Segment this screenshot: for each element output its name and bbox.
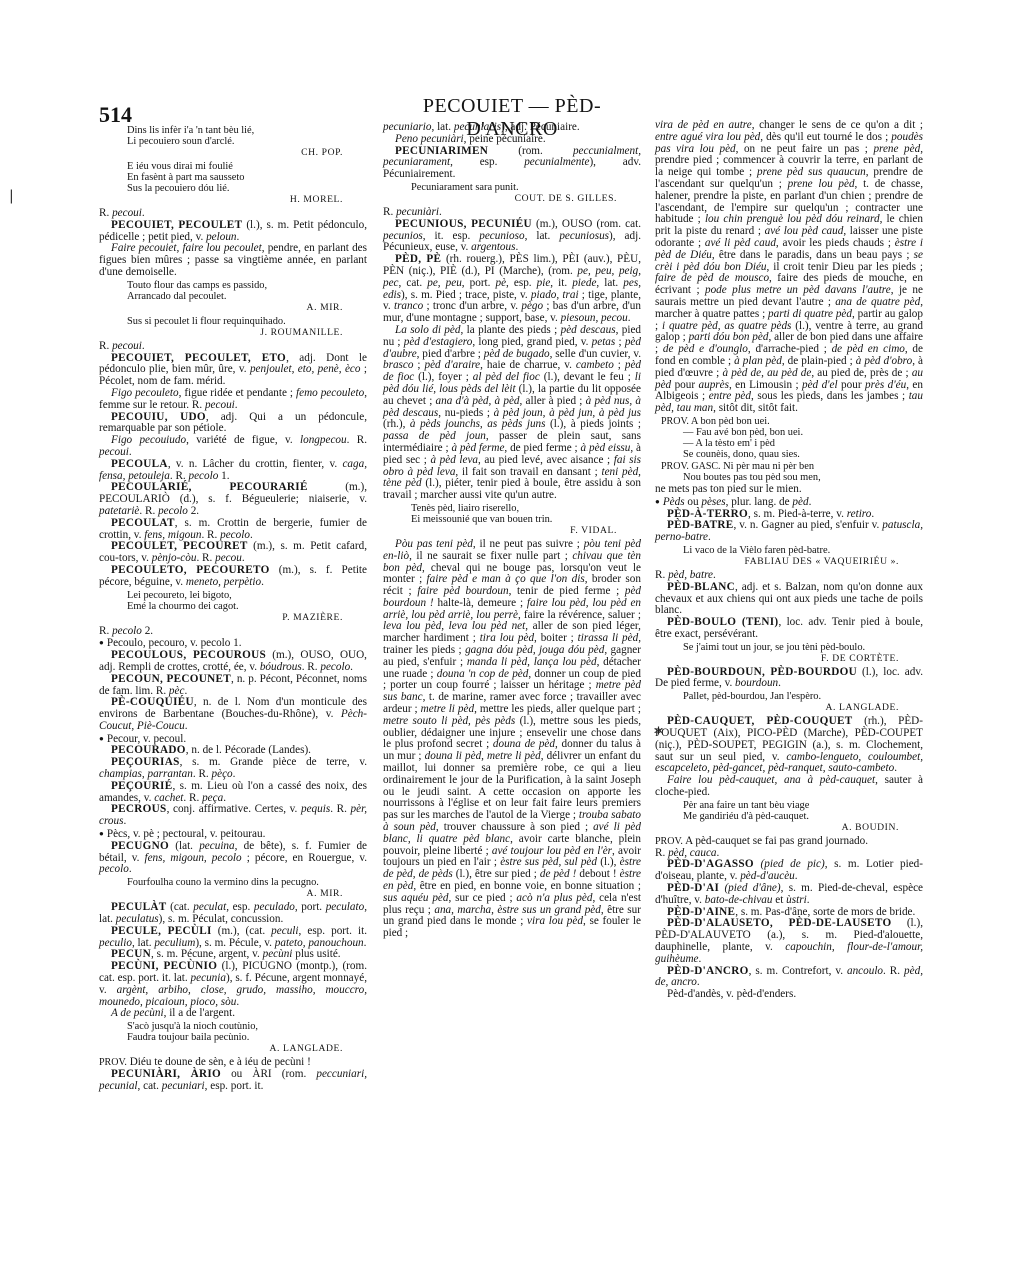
definition-paragraph: La solo di pèd, la plante des pieds ; pè…	[383, 325, 641, 502]
dictionary-entry: PÈD-D'AI (pied d'âne), s. m. Pied-de-che…	[655, 883, 923, 907]
citation-author: H. MOREL.	[127, 194, 343, 205]
italic-term: pecolo	[112, 625, 142, 637]
entry-headword: PECOUIET, PECOULET, ETO	[111, 352, 286, 364]
dictionary-entry: PECULE, PECÙLI (m.), (cat. peculi, esp. …	[99, 926, 367, 950]
entry-headword: PEÇOURIÉ	[111, 780, 172, 792]
italic-term: peculat	[193, 901, 226, 913]
italic-term: peculio	[99, 937, 132, 949]
verse-quotation: Pèr ana faire un tant bèu viageMe gandir…	[655, 800, 923, 833]
dictionary-entry: PECOULETO, PECOURETO (m.), s. f. Petite …	[99, 565, 367, 589]
entry-headword: PEÇOURIAS	[111, 756, 180, 768]
verse-quotation: Touto flour das camps es passido,Arranca…	[99, 280, 367, 313]
entry-headword: PÈD-À-TERRO	[667, 508, 748, 520]
right-column: vira de pèd en autre, changer le sens de…	[655, 120, 923, 1001]
verse-line: PROV. A bon pèd bon uei.	[661, 416, 923, 427]
italic-term: al pèd del fioc	[473, 371, 540, 383]
italic-term: pecuniario	[383, 121, 431, 133]
italic-term: cambo-lengueto, couloumbet, escapceleto,…	[655, 751, 923, 775]
verse-quotation: Lei pecoureto, lei bigoto,Emé la chourmo…	[99, 590, 367, 623]
entry-headword: PECUN	[111, 948, 151, 960]
verse-line: Sus la pecouiero dóu lié.	[127, 183, 367, 194]
verse-quotation: PROV. A bon pèd bon uei.— Fau avé bon pè…	[655, 416, 923, 460]
italic-term: ancoulo	[847, 965, 883, 977]
definition-paragraph: Pèd-d'andès, v. pèd-d'enders.	[655, 989, 923, 1001]
dictionary-entry: PÈD-BATRE, v. n. Gagner au pied, s'enfui…	[655, 520, 923, 544]
italic-term: femo pecouleto	[296, 387, 364, 399]
definition-paragraph: A de pecùni, il a de l'argent.	[99, 1008, 367, 1020]
entry-headword: PÈD-BLANC	[667, 581, 735, 593]
italic-term: de pèd e d'ounglo	[663, 343, 748, 355]
verse-quotation: Tenès pèd, liairo riserello,Ei meissouni…	[383, 503, 641, 536]
italic-term: brasco	[383, 359, 413, 371]
italic-term: à pèd eissu	[581, 442, 631, 454]
verse-line: — A la tèsto em' i pèd	[683, 438, 923, 449]
italic-term: chivau que tèn bon pèd	[383, 550, 641, 574]
dictionary-entry: PECUNIARIMEN (rom. peccunialment, pecuni…	[383, 146, 641, 181]
italic-term: fens, migoun	[144, 529, 201, 541]
italic-term: piado, trai	[531, 289, 579, 301]
proverb-label: PROV. GASC.	[661, 461, 721, 472]
dictionary-entry: PECUNIÀRI, ÀRIO ou ÀRI (rom. peccuniari,…	[99, 1069, 367, 1093]
italic-term: cachet	[154, 792, 183, 804]
citation-author: A. LANGLADE.	[127, 1043, 343, 1054]
citation-author: F. DE CORTÈTE.	[683, 653, 899, 664]
italic-term: peculi	[271, 925, 298, 937]
italic-term: retiro	[847, 508, 872, 520]
dictionary-entry: PECOULA, v. n. Lâcher du crottin, fiente…	[99, 459, 367, 483]
italic-term: pes, edis	[383, 277, 641, 301]
italic-term: pecolo	[189, 470, 219, 482]
entry-headword: PECOULETO, PECOURETO	[111, 564, 270, 576]
italic-term: peça	[202, 792, 223, 804]
italic-term: pecoui	[112, 340, 142, 352]
italic-term: pèd d'el	[802, 379, 838, 391]
definition-paragraph: Pòu pas teni pèd, il ne peut pas suivre …	[383, 539, 641, 940]
italic-term: (pied de pic)	[761, 858, 825, 870]
italic-term: parti di quatre pèd	[768, 308, 852, 320]
italic-term: pecunialmente	[524, 156, 589, 168]
margin-asterisk-mark: *	[654, 724, 663, 745]
definition-paragraph: ne mets pas ton pied sur le mien.	[655, 484, 923, 496]
dictionary-entry: PÈD, PÈ (rh. rouerg.), PÈS lim.), PÈI (a…	[383, 254, 641, 325]
italic-term: pecunios	[383, 230, 423, 242]
italic-term: pecolo	[99, 863, 129, 875]
italic-term: à pèd de, au pèd de	[722, 367, 811, 379]
italic-term: vira lou pèd	[527, 915, 583, 927]
italic-term: metre pèd sus banc	[383, 679, 641, 703]
italic-term: pecolo	[158, 505, 188, 517]
italic-term: pie	[537, 277, 551, 289]
verse-line: PROV. GASC. Ni pèr mau ni pèr ben	[661, 461, 923, 472]
italic-term: bóudrous	[260, 661, 302, 673]
verse-line: Fourfoulha couno la vermino dins la pecu…	[127, 877, 367, 888]
italic-term: manda li pèd, lança lou pèd	[467, 656, 597, 668]
italic-term: fens, migoun, pecolo	[144, 852, 241, 864]
dictionary-entry: PÈD-BOULO (TENI), loc. adv. Tenir pied à…	[655, 617, 923, 641]
italic-term: (pied d'âne)	[724, 882, 780, 894]
entry-headword: PÈD, PÈ	[395, 253, 441, 265]
italic-term: pègo	[521, 300, 543, 312]
definition-paragraph: Faire pecouiet, faire lou pecoulet, pend…	[99, 243, 367, 278]
verse-quotation: Pecuniarament sara punit.COUT. DE S. GIL…	[383, 182, 641, 204]
verse-line: Emé la chourmo dei cagot.	[127, 601, 367, 612]
entry-headword: PÈD-BATRE	[667, 519, 734, 531]
verse-line: E iéu vous dirai mi foulié	[127, 161, 367, 172]
italic-term: pè	[495, 277, 506, 289]
verse-line: Sus si pecoulet li flour requinquihado.	[127, 316, 367, 327]
dictionary-entry: PÈD-CAUQUET, PÈD-COUQUET (rh.), PÈD-POUQ…	[655, 716, 923, 775]
italic-term: Peno pecuniàri	[395, 133, 464, 145]
italic-term: tranco	[394, 300, 423, 312]
verse-line: — Fau avé bon pèd, bon uei.	[683, 427, 923, 438]
italic-term: à pèd d'obro	[856, 355, 912, 367]
verse-quotation: Se j'aimi tout un jour, se jou tèni pèd-…	[655, 642, 923, 664]
italic-term: peculato	[326, 901, 365, 913]
italic-term: pèd d'estagiero	[404, 336, 473, 348]
italic-term: peloun	[206, 231, 236, 243]
italic-term: Faire pecouiet, faire lou pecoulet	[111, 242, 262, 254]
verse-line: Tenès pèd, liairo riserello,	[411, 503, 641, 514]
italic-term: tirassa li pèd	[578, 632, 639, 644]
dictionary-entry: PECULÀT (cat. peculat, esp. peculado, po…	[99, 902, 367, 926]
citation-author: A. BOUDIN.	[683, 822, 899, 833]
italic-term: prene pèd sus quaucun	[757, 166, 866, 178]
entry-headword: PECOUN, PECOUNET	[111, 673, 231, 685]
italic-term: ana d'à pèd, à pèd	[436, 395, 520, 407]
italic-term: pe, peu, peig, pec	[383, 265, 641, 289]
italic-term: douna 'n cop de pèd	[437, 668, 529, 680]
dictionary-entry: PECOUIET, PECOULET (l.), s. m. Petit péd…	[99, 220, 367, 244]
italic-term: èstre i pèd de Diéu	[655, 237, 923, 261]
verse-line: Li pecouiero soun d'arclé.	[127, 136, 367, 147]
citation-author: P. MAZIÈRE.	[127, 612, 343, 623]
italic-term: gagna dóu pèd, jouga dóu pèd	[465, 644, 604, 656]
italic-term: pèd-d'aucèu	[740, 870, 795, 882]
italic-term: capouchin, flour-de-l'amour, guihèume	[655, 941, 923, 965]
italic-term: pèc	[169, 685, 185, 697]
dictionary-entry: PÈD-BLANC, adj. et s. Balzan, nom qu'on …	[655, 582, 923, 617]
italic-term: douna de pèd	[493, 738, 555, 750]
italic-term: pecuniaris	[454, 121, 501, 133]
dictionary-entry: PECOUN, PECOUNET, n. p. Pécont, Péconnet…	[99, 674, 367, 698]
italic-term: pènjo-còu	[152, 552, 197, 564]
italic-term: pèd d'araire	[425, 359, 481, 371]
definition-paragraph: vira de pèd en autre, changer le sens de…	[655, 120, 923, 415]
verse-line: Lei pecoureto, lei bigoto,	[127, 590, 367, 601]
italic-term: tau pèd, tau man	[655, 390, 923, 414]
proverb-label: PROV.	[655, 836, 683, 847]
italic-term: avé lou pèd caud	[765, 225, 844, 237]
italic-term: pecuniosus	[559, 230, 609, 242]
entry-headword: PECUNIARIMEN	[395, 145, 488, 157]
bullet-icon	[99, 637, 107, 649]
verse-quotation: Pallet, pèd-bourdou, Jan l'espèro.A. LAN…	[655, 691, 923, 713]
entry-headword: PECOUIET, PECOULET	[111, 219, 242, 231]
verse-quotation: Li vaco de la Vièlo faren pèd-batre.FABL…	[655, 545, 923, 567]
verse-line: En fasènt à part ma sausseto	[127, 172, 367, 183]
italic-term: pecuniàri	[396, 206, 439, 218]
citation-author: FABLIAU DES « VAQUEIRIÉU ».	[683, 556, 899, 567]
italic-term: pèd descaus	[561, 324, 616, 336]
italic-term: faire pèd e man à ço que l'on dis	[427, 573, 585, 585]
italic-term: pequis	[301, 803, 330, 815]
entry-headword: PECÙNI, PECÙNIO	[111, 960, 217, 972]
entry-headword: PECUNIÀRI, ÀRIO	[111, 1068, 221, 1080]
italic-term: metre souto li pèd, pès pèds	[383, 715, 515, 727]
entry-headword: PECOURADO	[111, 744, 186, 756]
italic-term: longpecou	[300, 434, 347, 446]
citation-author: CH. POP.	[127, 147, 343, 158]
verse-quotation: PROV. GASC. Ni pèr mau ni pèr benNou bou…	[655, 461, 923, 483]
entry-headword: PECUNIOUS, PECUNIÉU	[395, 218, 532, 230]
dictionary-entry: PECOULARIÉ, PECOURARIÉ (m.), PECOULARIÒ …	[99, 482, 367, 517]
entry-headword: PECOUIU, UDO	[111, 411, 206, 423]
verse-quotation: Dins lis infèr i'a 'n tant bèu lié,Li pe…	[99, 125, 367, 158]
entry-headword: PECOULA	[111, 458, 168, 470]
verse-line: Pecuniarament sara punit.	[411, 182, 641, 193]
citation-author: COUT. DE S. GILLES.	[411, 193, 617, 204]
verse-line: Li vaco de la Vièlo faren pèd-batre.	[683, 545, 923, 556]
verse-quotation: E iéu vous dirai mi fouliéEn fasènt à pa…	[99, 161, 367, 205]
entry-headword: PECULÀT	[111, 901, 167, 913]
italic-term: à pèd leva	[430, 454, 478, 466]
entry-headword: PÈD-BOULO (TENI)	[667, 616, 778, 628]
verse-line: Pèr ana faire un tant bèu viage	[683, 800, 923, 811]
italic-term: avé li pèd caud	[705, 237, 776, 249]
italic-term: argentous	[471, 241, 515, 253]
italic-term: pecolo	[320, 661, 350, 673]
italic-term: prene pèd	[873, 143, 920, 155]
italic-term: bato-de-chivau	[705, 894, 773, 906]
dictionary-entry: PECOUIET, PECOULET, ETO, adj. Dont le pé…	[99, 353, 367, 388]
italic-term: Pèds	[663, 496, 685, 508]
entry-headword: PECOULET, PECOURET	[111, 540, 248, 552]
definition-paragraph: Figo pecouiudo, variété de figue, v. lon…	[99, 435, 367, 459]
italic-term: à pèd joun, à pèd jun, à pèd jus	[494, 407, 641, 419]
italic-term: douna li pèd, metre li pèd	[425, 750, 541, 762]
italic-term: piede	[572, 277, 596, 289]
italic-term: pèço	[212, 768, 233, 780]
verse-line: Dins lis infèr i'a 'n tant bèu lié,	[127, 125, 367, 136]
dictionary-entry: PECROUS, conj. affirmative. Certes, v. p…	[99, 804, 367, 828]
margin-bar-mark: |	[9, 188, 14, 204]
italic-term: La solo di pèd	[395, 324, 460, 336]
citation-author: F. VIDAL.	[411, 525, 617, 536]
dictionary-entry: PEÇOURIAS, s. m. Grande pièce de terre, …	[99, 757, 367, 781]
proverb-label: PROV.	[99, 1057, 127, 1068]
italic-term: leva lou pèd, leva lou pèd net	[383, 620, 525, 632]
italic-term: à pèd ferme	[451, 442, 504, 454]
entry-headword: PECOULARIÉ, PECOURARIÉ	[111, 481, 308, 493]
definition-paragraph: R. pecolo 2.	[99, 626, 367, 638]
citation-author: J. ROUMANILLE.	[127, 327, 343, 338]
italic-term: Pèch-Coucut, Piè-Coucu	[99, 708, 367, 732]
italic-term: entre pèd	[709, 390, 751, 402]
citation-author: A. MIR.	[127, 888, 343, 899]
verse-line: Me gandiriéu d'à pèd-cauquet.	[683, 811, 923, 822]
italic-term: pecunioso	[479, 230, 524, 242]
italic-term: petas	[592, 336, 616, 348]
italic-term: pecoui	[112, 207, 142, 219]
italic-term: pode plus metre un pèd davans l'autre	[705, 284, 891, 296]
italic-term: pèd, batre	[668, 569, 713, 581]
entry-headword: PECULE, PECÙLI	[111, 925, 212, 937]
italic-term: prene lou pèd	[788, 178, 855, 190]
italic-term: cambeto	[576, 359, 614, 371]
proverb-label: PROV.	[661, 416, 689, 427]
italic-term: parti dóu bon pèd	[689, 331, 769, 343]
italic-term: meneto, perpètio	[186, 576, 261, 588]
italic-term: acò n'a plus pèd	[516, 892, 592, 904]
italic-term: sus aquéu pèd	[383, 892, 448, 904]
italic-term: ùstri	[786, 894, 807, 906]
left-column: Dins lis infèr i'a 'n tant bèu lié,Li pe…	[99, 124, 367, 1093]
verse-line: Pallet, pèd-bourdou, Jan l'espèro.	[683, 691, 923, 702]
italic-term: penjoulet, eto, penè, èco	[250, 363, 361, 375]
bullet-icon	[655, 496, 663, 508]
bullet-icon	[99, 733, 107, 745]
italic-term: pecuina	[199, 840, 234, 852]
italic-term: Faire lou pèd-cauquet, ana à pèd-cauquet	[667, 774, 875, 786]
dictionary-entry: PÈD-BOURDOUN, PÈD-BOURDOU (l.), loc. adv…	[655, 667, 923, 691]
dictionary-entry: PEÇOURIÉ, s. m. Lieu où l'on a cassé des…	[99, 781, 367, 805]
italic-term: pe, peu	[427, 277, 462, 289]
italic-term: faire de pèd de mousco	[655, 272, 769, 284]
dictionary-entry: PÈ-COUQUIÉU, n. de l. Nom d'un monticule…	[99, 697, 367, 732]
entry-headword: PÈD-D'AINE	[667, 906, 735, 918]
italic-term: pèses	[701, 496, 725, 508]
entry-headword: PECUGNO	[111, 840, 169, 852]
verse-line: S'acò jusqu'à la nioch coutùnio,	[127, 1021, 367, 1032]
italic-term: pecunia	[191, 972, 226, 984]
definition-paragraph: Faire lou pèd-cauquet, ana à pèd-cauquet…	[655, 775, 923, 799]
dictionary-entry: PECOULAT, s. m. Crottin de bergerie, fum…	[99, 518, 367, 542]
entry-headword: PÈD-D'ANCRO	[667, 965, 749, 977]
italic-term: peculado	[254, 901, 295, 913]
dictionary-entry: PECÙNI, PECÙNIO (l.), PICUGNO (montp.), …	[99, 961, 367, 1008]
italic-term: à pèds jounchs, as pèds juns	[410, 418, 546, 430]
italic-term: bourdoun	[735, 677, 778, 689]
dictionary-entry: PECOULET, PECOURET (m.), s. m. Petit caf…	[99, 541, 367, 565]
italic-term: pecou	[215, 552, 242, 564]
italic-term: pecoui	[99, 446, 129, 458]
middle-column: pecuniario, lat. pecuniaris), adj. Pécun…	[383, 122, 641, 940]
dictionary-entry: PECOUIU, UDO, adj. Qui a un pédoncule, r…	[99, 412, 367, 436]
italic-term: à plan pèd	[734, 355, 782, 367]
italic-term: Figo pecouiudo	[111, 434, 186, 446]
italic-term: lou chin prenguè lou pèd dóu reinard	[705, 213, 880, 225]
entry-headword: PÈD-D'AI	[667, 882, 719, 894]
italic-term: pèd, cauca	[668, 847, 716, 859]
italic-term: pecuniari	[162, 1080, 205, 1092]
verse-line: Faudra toujour baila pecùnio.	[127, 1032, 367, 1043]
entry-headword: PÈD-BOURDOUN, PÈD-BOURDOU	[667, 666, 857, 678]
verse-line: Se j'aimi tout un jour, se jou tèni pèd-…	[683, 642, 923, 653]
italic-term: passa de pèd joun	[383, 430, 486, 442]
italic-term: i quatre pèd, as quatre pèds	[662, 320, 791, 332]
italic-term: entre agué vira lou pèd	[655, 131, 760, 143]
entry-headword: PECOULAT	[111, 517, 175, 529]
italic-term: patetariè	[99, 505, 139, 517]
italic-term: pateto, panouchoun	[275, 937, 364, 949]
verse-line: Nou boutes pas tou pèd sou men,	[683, 472, 923, 483]
dictionary-entry: PECUNIOUS, PECUNIÉU (m.), OUSO (rom. cat…	[383, 219, 641, 254]
italic-term: faire pèd bourdoun	[417, 585, 508, 597]
italic-term: pèd de bugado	[484, 348, 550, 360]
italic-term: auprès	[699, 379, 729, 391]
italic-term: ana de quatre pèd	[835, 296, 920, 308]
citation-author: A. LANGLADE.	[683, 702, 899, 713]
entry-headword: PÈD-D'ALAUSETO, PÈD-DE-LAUSETO	[667, 917, 891, 929]
italic-term: A de pecùni	[111, 1007, 164, 1019]
italic-term: pecùni	[263, 948, 293, 960]
verse-line: Se counèis, dono, quau sies.	[683, 449, 923, 460]
verse-quotation: S'acò jusqu'à la nioch coutùnio,Faudra t…	[99, 1021, 367, 1054]
verse-quotation: Fourfoulha couno la vermino dins la pecu…	[99, 877, 367, 899]
italic-term: peculium	[154, 937, 195, 949]
italic-term: avé toujour lou pèd en l'èr	[492, 845, 612, 857]
italic-term: piesoun, pecou	[561, 312, 628, 324]
italic-term: près d'éu	[865, 379, 906, 391]
italic-term: argènt, arbiho, close, grudo, massiho, m…	[99, 984, 367, 1008]
dictionary-entry: PÈD-D'AGASSO (pied de pic), s. m. Lotier…	[655, 859, 923, 883]
italic-term: vira de pèd en autre	[655, 119, 752, 131]
citation-author: A. MIR.	[127, 302, 343, 313]
italic-term: Pòu pas teni pèd	[395, 538, 473, 550]
italic-term: Figo pecouleto	[111, 387, 179, 399]
dictionary-entry: PECUGNO (lat. pecuina, de bête), s. f. F…	[99, 841, 367, 876]
entry-headword: PÈD-CAUQUET, PÈD-COUQUET	[667, 715, 853, 727]
bullet-icon	[99, 828, 107, 840]
italic-term: tira lou pèd	[480, 632, 534, 644]
verse-line: Ei meissounié que van bouen trin.	[411, 514, 641, 525]
verse-quotation: Sus si pecoulet li flour requinquihado.J…	[99, 316, 367, 338]
italic-term: pèd	[792, 496, 808, 508]
italic-term: peculatus	[116, 913, 159, 925]
definition-paragraph: Figo pecouleto, figue ridée et pendante …	[99, 388, 367, 412]
entry-headword: PÈD-D'AGASSO	[667, 858, 754, 870]
dictionary-entry: PÈD-D'ALAUSETO, PÈD-DE-LAUSETO (l.), PÈD…	[655, 918, 923, 965]
entry-headword: PÈ-COUQUIÉU	[111, 696, 194, 708]
entry-headword: PECROUS	[111, 803, 167, 815]
italic-term: de pèd en cimo	[832, 343, 905, 355]
verse-line: Arrancado dal pecoulet.	[127, 291, 367, 302]
dictionary-entry: PECOULOUS, PECOUROUS (m.), OUSO, OUO, ad…	[99, 650, 367, 674]
dictionary-entry: PÈD-D'ANCRO, s. m. Contrefort, v. ancoul…	[655, 966, 923, 990]
italic-term: èstre sus pèd, sul pèd	[500, 856, 597, 868]
italic-term: ana, marcha, èstre sus un grand pèd	[434, 904, 601, 916]
entry-headword: PECOULOUS, PECOUROUS	[111, 649, 266, 661]
italic-term: de pèd !	[540, 868, 577, 880]
italic-term: champias, parrantan	[99, 768, 193, 780]
verse-line: Touto flour das camps es passido,	[127, 280, 367, 291]
italic-term: pecoui	[205, 399, 235, 411]
italic-term: pecolo	[220, 529, 250, 541]
italic-term: metre li pèd	[421, 703, 474, 715]
